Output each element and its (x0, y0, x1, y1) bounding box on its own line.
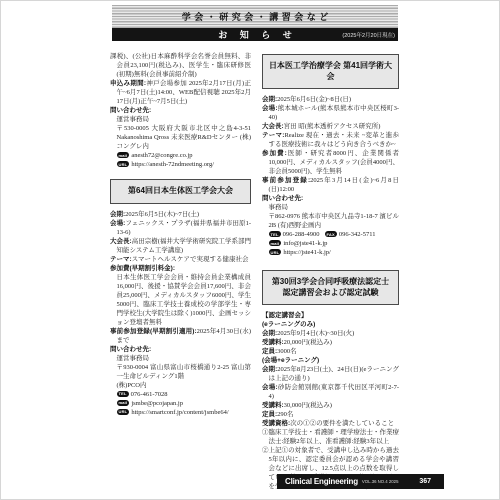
page-number: 367 (419, 478, 431, 485)
venue-row: 会場:熊本城ホール(熊本県熊本市中央区桜町3-40) (262, 104, 399, 122)
contact-mail-row: mailinfo@jste41-k.jp (262, 239, 399, 248)
mode-heading: (eラーニングのみ) (262, 320, 399, 329)
contact-tel-fax-row: TEL096-288-4900FAX096-342-5711 (262, 230, 399, 239)
event-title-line2: 認定講習会および認定試験 (265, 288, 396, 299)
president-row: 大会長:宮田 昭(熊本透析アクセス研究所) (262, 122, 399, 131)
capacity-row: 定員:290名 (262, 410, 399, 419)
application-period-row: 申込み期間:神戸会場参加 2025年2月17日(月)正午~6月7日(土)14:0… (110, 79, 251, 106)
fax-number: 096-342-5711 (339, 231, 376, 238)
tel-number: 076-461-7028 (131, 391, 168, 398)
url-icon: URL (117, 409, 130, 415)
contact-heading: 問い合わせ先: (110, 345, 251, 354)
category-banner: 学会・研究会・講習会など (112, 5, 398, 28)
postal-address: 〒862-0976 熊本市中央区九品寺1-18-7 濱ビル2B (有)西野企画内 (262, 212, 399, 230)
right-column: 日本医工学治療学会 第41回学術大会 会期:2025年6月6日(金)~8日(日)… (262, 54, 399, 491)
event-title-box: 日本医工学治療学会 第41回学術大会 (262, 54, 399, 89)
journal-page: 学会・研究会・講習会など お 知 ら せ (2025年2月20日現在) 課税)、… (0, 0, 500, 500)
section-anesthesia-continued: 課税)、(公社)日本麻酔科学会名誉会員無料、非会員23,100円(税込み)、医学… (110, 52, 251, 169)
url-icon: URL (117, 161, 130, 167)
section-respiratory-certification: 第30回3学会合同呼吸療法認定士 認定講習会および認定試験 【認定講習会】 (e… (262, 270, 399, 491)
event-title-line1: 第30回3学会合同呼吸療法認定士 (265, 277, 396, 288)
office-name: 事務局 (262, 203, 399, 212)
mode-heading: (会場+eラーニング) (262, 356, 399, 365)
event-title-box: 第64回日本生体医工学会大会 (110, 179, 251, 204)
contact-heading: 問い合わせ先: (262, 194, 399, 203)
contact-url-row: URLhttps://jste41-k.jp/ (262, 248, 399, 257)
section-jste: 日本医工学治療学会 第41回学術大会 会期:2025年6月6日(金)~8日(日)… (262, 54, 399, 257)
mail-address: info@jste41-k.jp (283, 240, 327, 247)
subsection-heading: 【認定講習会】 (262, 311, 399, 320)
fee-heading: 参加費(早期割引料金): (110, 264, 251, 273)
event-title: 日本医工学治療学会 第41回学術大会 (269, 61, 392, 81)
notice-bar: お 知 ら せ (2025年2月20日現在) (112, 28, 398, 41)
preregistration-row: 事前参加登録:2025年3月14日(金)~6月8日(日)12:00 (262, 176, 399, 194)
journal-logo: Clinical Engineering (285, 477, 358, 486)
preregistration-row: 事前参加登録(早期割引適用):2025年4月30日(水)まで (110, 327, 251, 345)
mail-address: jsmbe@pcojapan.jp (131, 400, 183, 407)
contact-url-row: URLhttps://smartconf.jp/content/jsmbe64/ (110, 408, 251, 417)
tel-icon: TEL (269, 231, 281, 237)
office-company: (株)PCO内 (110, 381, 251, 390)
office-name: 運営事務局 (110, 354, 251, 363)
capacity-row: 定員:3000名 (262, 347, 399, 356)
tel-number: 096-288-4900 (283, 231, 320, 238)
eligibility-item-1: ①臨床工学技士・看護師・理学療法士・作業療法士:経験2年以上、准看護師:経験3年… (262, 428, 399, 446)
venue-row: 会場:砂防会館別館(東京都千代田区平河町2-7-4) (262, 383, 399, 401)
event-title-box: 第30回3学会合同呼吸療法認定士 認定講習会および認定試験 (262, 270, 399, 305)
contact-tel-row: TEL076-461-7028 (110, 390, 251, 399)
date-row: 会期:2025年6月6日(金)~8日(日) (262, 95, 399, 104)
fee-row: 受講料:30,000円(税込み) (262, 401, 399, 410)
page-footer: Clinical Engineering VOL.36 NO.4 2025 36… (277, 474, 444, 489)
fee-detail: 日本生体医工学会会員・維持会員企業構成員16,000円、後援・協賛学会会員17,… (110, 273, 251, 327)
section-jsmbe: 第64回日本生体医工学会大会 会期:2025年6月5日(木)~7日(土) 会場:… (110, 179, 251, 417)
contact-url-row: URLhttps://anesth-72ndmeeting.org/ (110, 160, 251, 169)
tel-icon: TEL (117, 391, 129, 397)
listing-line: 課税)、(公社)日本麻酔科学会名誉会員無料、非会員23,100円(税込み)、医学… (110, 52, 251, 79)
website-url: https://smartconf.jp/content/jsmbe64/ (131, 409, 228, 416)
postal-address: 〒930-0004 富山県富山市桜橋通り2-25 富山第一生命ビルディング1階 (110, 363, 251, 381)
contact-mail-row: mailanesth72@congre.co.jp (110, 151, 251, 160)
theme-row: テーマ:スマートヘルスケアで実現する健康社会 (110, 255, 251, 264)
mail-icon: mail (117, 152, 130, 158)
website-url: https://anesth-72ndmeeting.org/ (131, 161, 214, 168)
venue-row: 会場:フェニックス・プラザ(福井県福井市田原1-13-6) (110, 219, 251, 237)
eligibility-heading: 受講資格:次の①②の要件を満たしていること (262, 419, 399, 428)
event-title: 第64回日本生体医工学会大会 (128, 186, 233, 195)
mail-icon: mail (269, 240, 282, 246)
mail-address: anesth72@congre.co.jp (131, 152, 192, 159)
mail-icon: mail (117, 400, 130, 406)
website-url: https://jste41-k.jp/ (283, 249, 331, 256)
date-row: 会期:2025年8月23日(土)、24日(日)(eラーニングは上記の通り) (262, 365, 399, 383)
theme-row: テーマ:Realize 現在・過去・未来 ~変革と進歩する医療技術に我々はどう向… (262, 131, 399, 149)
as-of-date: (2025年2月20日現在) (342, 28, 395, 41)
office-name: 運営事務局 (110, 115, 251, 124)
left-column: 課税)、(公社)日本麻酔科学会名誉会員無料、非会員23,100円(税込み)、医学… (110, 52, 251, 417)
contact-mail-row: mailjsmbe@pcojapan.jp (110, 399, 251, 408)
date-row: 会期:2025年9月4日(木)~30日(火) (262, 329, 399, 338)
fee-row: 参加費:医師・研究者8000円、企業関係者10,000円、メディカルスタッフ(会… (262, 149, 399, 176)
category-title: 学会・研究会・講習会など (178, 10, 332, 23)
date-row: 会期:2025年6月5日(木)~7日(土) (110, 210, 251, 219)
fax-icon: FAX (325, 231, 337, 237)
president-row: 大会長:高田宗樹(福井大学学術研究院工学系部門 知能システム工学講座) (110, 237, 251, 255)
contact-heading: 問い合わせ先: (110, 106, 251, 115)
url-icon: URL (269, 249, 282, 255)
postal-address: 〒530-0005 大阪府大阪市北区中之島4-3-51 Nakanoshima … (110, 124, 251, 151)
fee-row: 受講料:20,000円(税込み) (262, 338, 399, 347)
volume-info: VOL.36 NO.4 2025 (362, 479, 399, 484)
